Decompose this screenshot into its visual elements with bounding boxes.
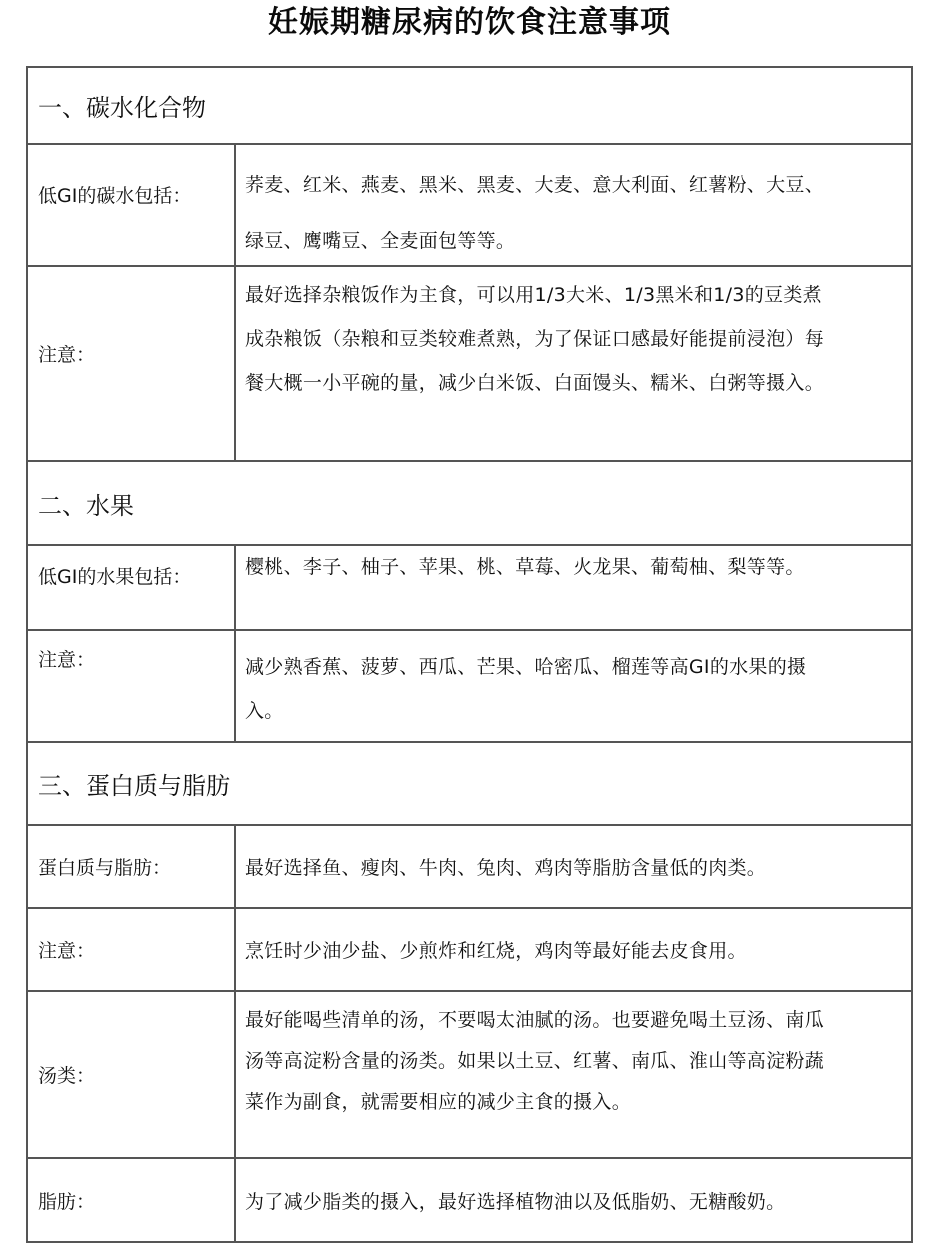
row-content: 最好选择鱼、瘦肉、牛肉、兔肉、鸡肉等脂肪含量低的肉类。 — [236, 826, 911, 907]
table-row-carbs-note: 注意： 最好选择杂粮饭作为主食，可以用1/3大米、1/3黑米和1/3的豆类煮 成… — [28, 267, 911, 462]
content-line: 餐大概一小平碗的量，减少白米饭、白面馒头、糯米、白粥等摄入。 — [245, 361, 903, 405]
row-label: 脂肪： — [28, 1159, 236, 1241]
content-line: 烹饪时少油少盐、少煎炸和红烧，鸡肉等最好能去皮食用。 — [245, 936, 747, 963]
table-row-fruits-note: 注意： 减少熟香蕉、菠萝、西瓜、芒果、哈密瓜、榴莲等高GI的水果的摄 入。 — [28, 631, 911, 743]
row-content: 烹饪时少油少盐、少煎炸和红烧，鸡肉等最好能去皮食用。 — [236, 909, 911, 990]
content-line: 汤等高淀粉含量的汤类。如果以土豆、红薯、南瓜、淮山等高淀粉蔬 — [245, 1041, 903, 1082]
content-line: 最好能喝些清单的汤，不要喝太油腻的汤。也要避免喝土豆汤、南瓜 — [245, 1000, 903, 1041]
row-content: 减少熟香蕉、菠萝、西瓜、芒果、哈密瓜、榴莲等高GI的水果的摄 入。 — [236, 631, 911, 741]
content-line: 入。 — [245, 689, 903, 733]
row-content: 荞麦、红米、燕麦、黑米、黑麦、大麦、意大利面、红薯粉、大豆、 绿豆、鹰嘴豆、全麦… — [236, 145, 911, 265]
content-line: 减少熟香蕉、菠萝、西瓜、芒果、哈密瓜、榴莲等高GI的水果的摄 — [245, 645, 903, 689]
content-line: 菜作为副食，就需要相应的减少主食的摄入。 — [245, 1082, 903, 1123]
section-heading-fruits: 二、水果 — [28, 462, 911, 546]
table-row-protein-note: 注意： 烹饪时少油少盐、少煎炸和红烧，鸡肉等最好能去皮食用。 — [28, 909, 911, 992]
table-row-fats: 脂肪： 为了减少脂类的摄入，最好选择植物油以及低脂奶、无糖酸奶。 — [28, 1159, 911, 1241]
table-row-soups: 汤类： 最好能喝些清单的汤，不要喝太油腻的汤。也要避免喝土豆汤、南瓜 汤等高淀粉… — [28, 992, 911, 1159]
row-label: 蛋白质与脂肪： — [28, 826, 236, 907]
content-line: 成杂粮饭（杂粮和豆类较难煮熟，为了保证口感最好能提前浸泡）每 — [245, 317, 903, 361]
row-label: 低GI的碳水包括： — [28, 145, 236, 265]
table-row-protein-fat: 蛋白质与脂肪： 最好选择鱼、瘦肉、牛肉、兔肉、鸡肉等脂肪含量低的肉类。 — [28, 826, 911, 909]
content-line: 绿豆、鹰嘴豆、全麦面包等等。 — [245, 213, 903, 269]
row-content: 樱桃、李子、柚子、苹果、桃、草莓、火龙果、葡萄柚、梨等等。 — [236, 546, 911, 629]
row-label: 注意： — [28, 631, 236, 741]
content-line: 最好选择鱼、瘦肉、牛肉、兔肉、鸡肉等脂肪含量低的肉类。 — [245, 853, 766, 880]
row-content: 最好能喝些清单的汤，不要喝太油腻的汤。也要避免喝土豆汤、南瓜 汤等高淀粉含量的汤… — [236, 992, 911, 1157]
content-line: 最好选择杂粮饭作为主食，可以用1/3大米、1/3黑米和1/3的豆类煮 — [245, 273, 903, 317]
content-line: 为了减少脂类的摄入，最好选择植物油以及低脂奶、无糖酸奶。 — [245, 1187, 785, 1214]
row-label: 注意： — [28, 909, 236, 990]
section-heading-protein-fat: 三、蛋白质与脂肪 — [28, 743, 911, 826]
page-title: 妊娠期糖尿病的饮食注意事项 — [0, 0, 939, 50]
content-line: 荞麦、红米、燕麦、黑米、黑麦、大麦、意大利面、红薯粉、大豆、 — [245, 157, 903, 213]
row-label: 低GI的水果包括： — [28, 546, 236, 629]
table-row-low-gi-carbs: 低GI的碳水包括： 荞麦、红米、燕麦、黑米、黑麦、大麦、意大利面、红薯粉、大豆、… — [28, 145, 911, 267]
row-content: 最好选择杂粮饭作为主食，可以用1/3大米、1/3黑米和1/3的豆类煮 成杂粮饭（… — [236, 267, 911, 460]
row-label: 注意： — [28, 267, 236, 460]
diet-notes-table: 一、碳水化合物 低GI的碳水包括： 荞麦、红米、燕麦、黑米、黑麦、大麦、意大利面… — [26, 66, 913, 1243]
section-heading-carbohydrates: 一、碳水化合物 — [28, 68, 911, 145]
row-label: 汤类： — [28, 992, 236, 1157]
content-line: 樱桃、李子、柚子、苹果、桃、草莓、火龙果、葡萄柚、梨等等。 — [245, 552, 903, 582]
row-content: 为了减少脂类的摄入，最好选择植物油以及低脂奶、无糖酸奶。 — [236, 1159, 911, 1241]
table-row-low-gi-fruits: 低GI的水果包括： 樱桃、李子、柚子、苹果、桃、草莓、火龙果、葡萄柚、梨等等。 — [28, 546, 911, 631]
